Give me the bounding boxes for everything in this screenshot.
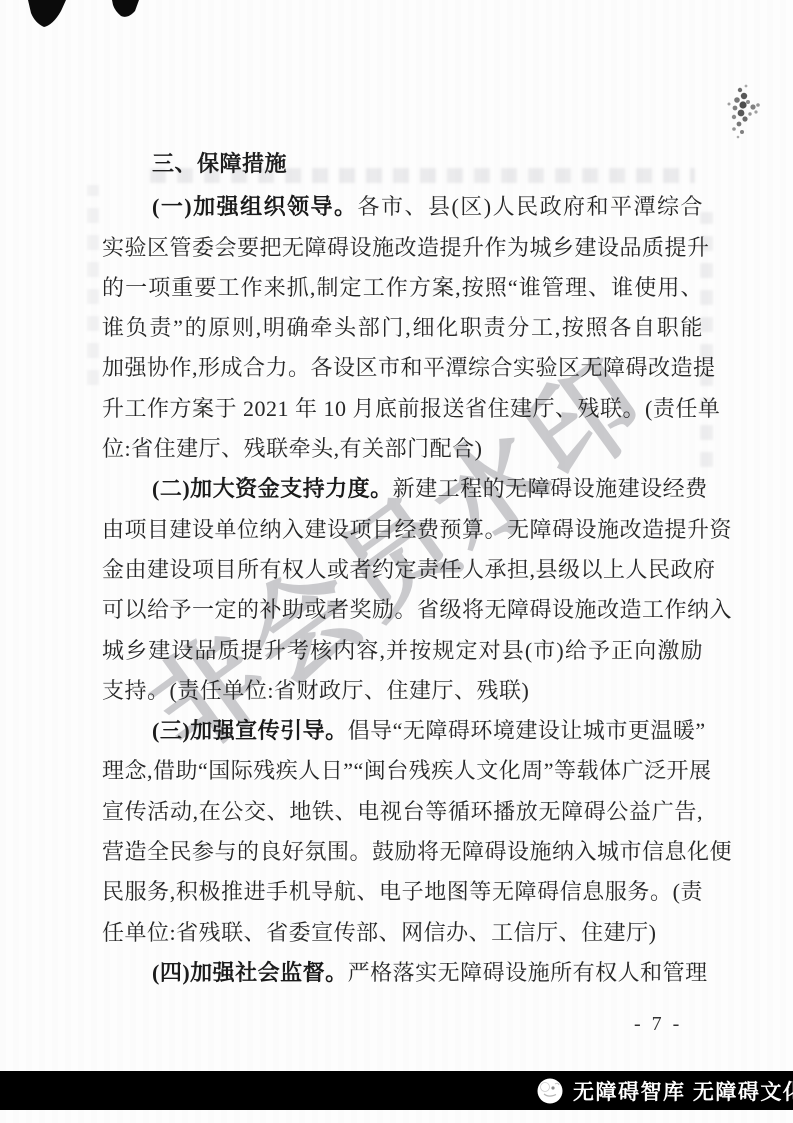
- text-run: 严格落实无障碍设施所有权人和管理: [348, 960, 708, 985]
- text-line: (三)加强宣传引导。倡导“无障碍环境建设让城市更温暖”: [102, 711, 703, 751]
- text-line: (四)加强社会监督。严格落实无障碍设施所有权人和管理: [102, 953, 703, 993]
- text-run: 升工作方案于 2021 年 10 月底前报送省住建厅、残联。(责任单: [102, 396, 720, 421]
- text-run: 倡导“无障碍环境建设让城市更温暖”: [348, 718, 706, 743]
- text-line: 支持。(责任单位:省财政厅、住建厅、残联): [102, 671, 703, 711]
- text-line: 由项目建设单位纳入建设项目经费预算。无障碍设施改造提升资: [102, 510, 703, 550]
- bold-run: (二)加大资金支持力度。: [152, 476, 393, 501]
- text-line: 营造全民参与的良好氛围。鼓励将无障碍设施纳入城市信息化便: [102, 832, 703, 872]
- text-run: 理念,借助“国际残疾人日”“闽台残疾人文化周”等载体广泛开展: [102, 758, 712, 783]
- text-run: 加强协作,形成合力。各设区市和平潭综合实验区无障碍改造提: [102, 355, 716, 380]
- document-body: 三、保障措施 (一)加强组织领导。各市、县(区)人民政府和平潭综合实验区管委会要…: [102, 144, 703, 993]
- text-run: 由项目建设单位纳入建设项目经费预算。无障碍设施改造提升资: [102, 517, 732, 542]
- text-line: 金由建设项目所有权人或者约定责任人承担,县级以上人民政府: [102, 550, 703, 590]
- text-run: 支持。(责任单位:省财政厅、住建厅、残联): [102, 678, 529, 703]
- text-run: 实验区管委会要把无障碍设施改造提升作为城乡建设品质提升: [102, 235, 710, 260]
- text-line: 的一项重要工作来抓,制定工作方案,按照“谁管理、谁使用、: [102, 268, 703, 308]
- text-line: 加强协作,形成合力。各设区市和平潭综合实验区无障碍改造提: [102, 348, 703, 388]
- text-line: (一)加强组织领导。各市、县(区)人民政府和平潭综合: [102, 187, 703, 227]
- text-run: 营造全民参与的良好氛围。鼓励将无障碍设施纳入城市信息化便: [102, 839, 732, 864]
- section-heading: 三、保障措施: [102, 144, 703, 184]
- text-run: 的一项重要工作来抓,制定工作方案,按照“谁管理、谁使用、: [102, 275, 703, 300]
- text-line: 理念,借助“国际残疾人日”“闽台残疾人文化周”等载体广泛开展: [102, 751, 703, 791]
- ink-blot-artifact: [698, 62, 778, 147]
- text-line: 城乡建设品质提升考核内容,并按规定对县(市)给予正向激励: [102, 631, 703, 671]
- brand-mascot-icon: [536, 1077, 564, 1105]
- text-line: 宣传活动,在公交、地铁、电视台等循环播放无障碍公益广告,: [102, 792, 703, 832]
- text-run: 谁负责”的原则,明确牵头部门,细化职责分工,按照各自职能: [102, 315, 703, 340]
- footer-brand-bar: 无障碍智库 无障碍文化: [0, 1071, 793, 1110]
- text-line: (二)加大资金支持力度。新建工程的无障碍设施建设经费: [102, 469, 703, 509]
- text-run: 可以给予一定的补助或者奖励。省级将无障碍设施改造工作纳入: [102, 597, 732, 622]
- bold-run: (一)加强组织领导。: [152, 194, 358, 219]
- scan-artifact-marks: [0, 0, 170, 34]
- text-line: 实验区管委会要把无障碍设施改造提升作为城乡建设品质提升: [102, 228, 703, 268]
- bleedthrough-ghost: [87, 185, 99, 385]
- text-run: 城乡建设品质提升考核内容,并按规定对县(市)给予正向激励: [102, 638, 703, 663]
- text-run: 各市、县(区)人民政府和平潭综合: [358, 194, 703, 219]
- text-run: 宣传活动,在公交、地铁、电视台等循环播放无障碍公益广告,: [102, 799, 703, 824]
- text-line: 民服务,积极推进手机导航、电子地图等无障碍信息服务。(责: [102, 872, 703, 912]
- text-run: 任单位:省残联、省委宣传部、网信办、工信厅、住建厅): [102, 920, 656, 945]
- page-number: - 7 -: [634, 1013, 682, 1036]
- text-line: 升工作方案于 2021 年 10 月底前报送省住建厅、残联。(责任单: [102, 389, 703, 429]
- text-run: 新建工程的无障碍设施建设经费: [393, 476, 708, 501]
- bold-run: (三)加强宣传引导。: [152, 718, 348, 743]
- section-text: (一)加强组织领导。各市、县(区)人民政府和平潭综合实验区管委会要把无障碍设施改…: [102, 187, 703, 993]
- text-run: 位:省住建厅、残联牵头,有关部门配合): [102, 436, 482, 461]
- bold-run: (四)加强社会监督。: [152, 960, 348, 985]
- brand-name: 无障碍智库 无障碍文化: [573, 1076, 793, 1106]
- text-run: 民服务,积极推进手机导航、电子地图等无障碍信息服务。(责: [102, 879, 703, 904]
- text-run: 金由建设项目所有权人或者约定责任人承担,县级以上人民政府: [102, 557, 716, 582]
- text-line: 谁负责”的原则,明确牵头部门,细化职责分工,按照各自职能: [102, 308, 703, 348]
- text-line: 位:省住建厅、残联牵头,有关部门配合): [102, 429, 703, 469]
- document-page: 非会员水印 三、保障措施 (一)加强组织领导。各市、县(区)人民政府和平潭综合实…: [0, 0, 793, 1123]
- text-line: 任单位:省残联、省委宣传部、网信办、工信厅、住建厅): [102, 913, 703, 953]
- text-line: 可以给予一定的补助或者奖励。省级将无障碍设施改造工作纳入: [102, 590, 703, 630]
